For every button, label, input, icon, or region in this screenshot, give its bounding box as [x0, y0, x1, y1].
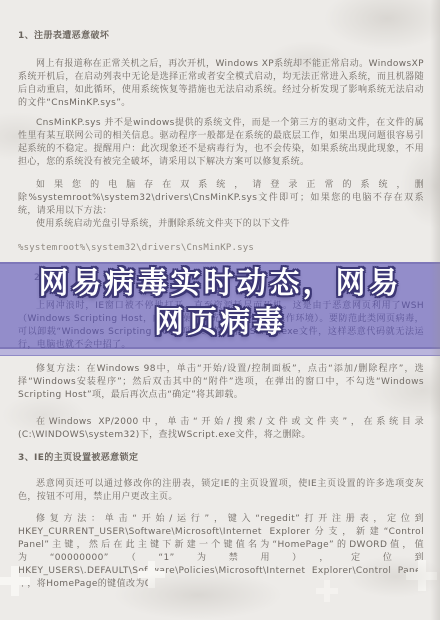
- plus-watermark: [406, 560, 437, 591]
- scanned-article-page: { "document": { "section1": { "heading":…: [0, 0, 440, 620]
- section1-heading: 1、注册表遭恶意破坏: [18, 30, 424, 43]
- section3-paragraph-1: 恶意网页还可以通过修改你的注册表，锁定IE的主页设置项，使IE主页设置的许多选项…: [18, 478, 424, 504]
- overlay-banner: 2、 上网冲浪时，IE窗口被不停地打开，直至资源耗尽而死机。这是由于恶意网页利用…: [0, 262, 440, 356]
- section1-paragraph-1: 网上有报道称在正常关机之后，再次开机，Windows XP系统却不能正常启动。W…: [18, 58, 424, 110]
- banner-title-line1: 网易病毒实时动态，网易: [0, 264, 440, 303]
- plus-watermark: [316, 580, 338, 602]
- section3-heading: 3、IE的主页设置被恶意锁定: [18, 452, 424, 465]
- banner-title-line2: 网页病毒: [0, 303, 440, 342]
- section1-file-path: %systemroot%\system32\drivers\CnsMinKP.s…: [18, 242, 424, 255]
- section1-paragraph-4: 使用系统启动光盘引导系统，并删除系统文件夹下的以下文件: [18, 218, 424, 231]
- plus-watermark: [138, 561, 165, 588]
- section1-paragraph-2: CnsMinKP.sys 并不是windows提供的系统文件，而是一个第三方的驱…: [18, 117, 424, 169]
- section2-fix-paragraph-2: 在Windows XP/2000中，单击“开始/搜索/文件或文件夹”，在系统目录…: [18, 416, 424, 442]
- section2-fix-paragraph-1: 修复方法：在Windows 98中，单击“开始/设置/控制面板”，点击“添加/删…: [18, 363, 424, 402]
- section3-fix-paragraph: 修复方法：单击“开始/运行”，键入“regedit”打开注册表，定位到HKEY_…: [18, 513, 424, 591]
- banner-edge-line: [0, 355, 440, 356]
- plus-watermark: [0, 566, 30, 596]
- banner-title: 网易病毒实时动态，网易 网页病毒: [0, 264, 440, 342]
- section1-paragraph-3: 如果您的电脑存在双系统，请登录正常的系统，删除%systemroot%\syst…: [18, 179, 424, 218]
